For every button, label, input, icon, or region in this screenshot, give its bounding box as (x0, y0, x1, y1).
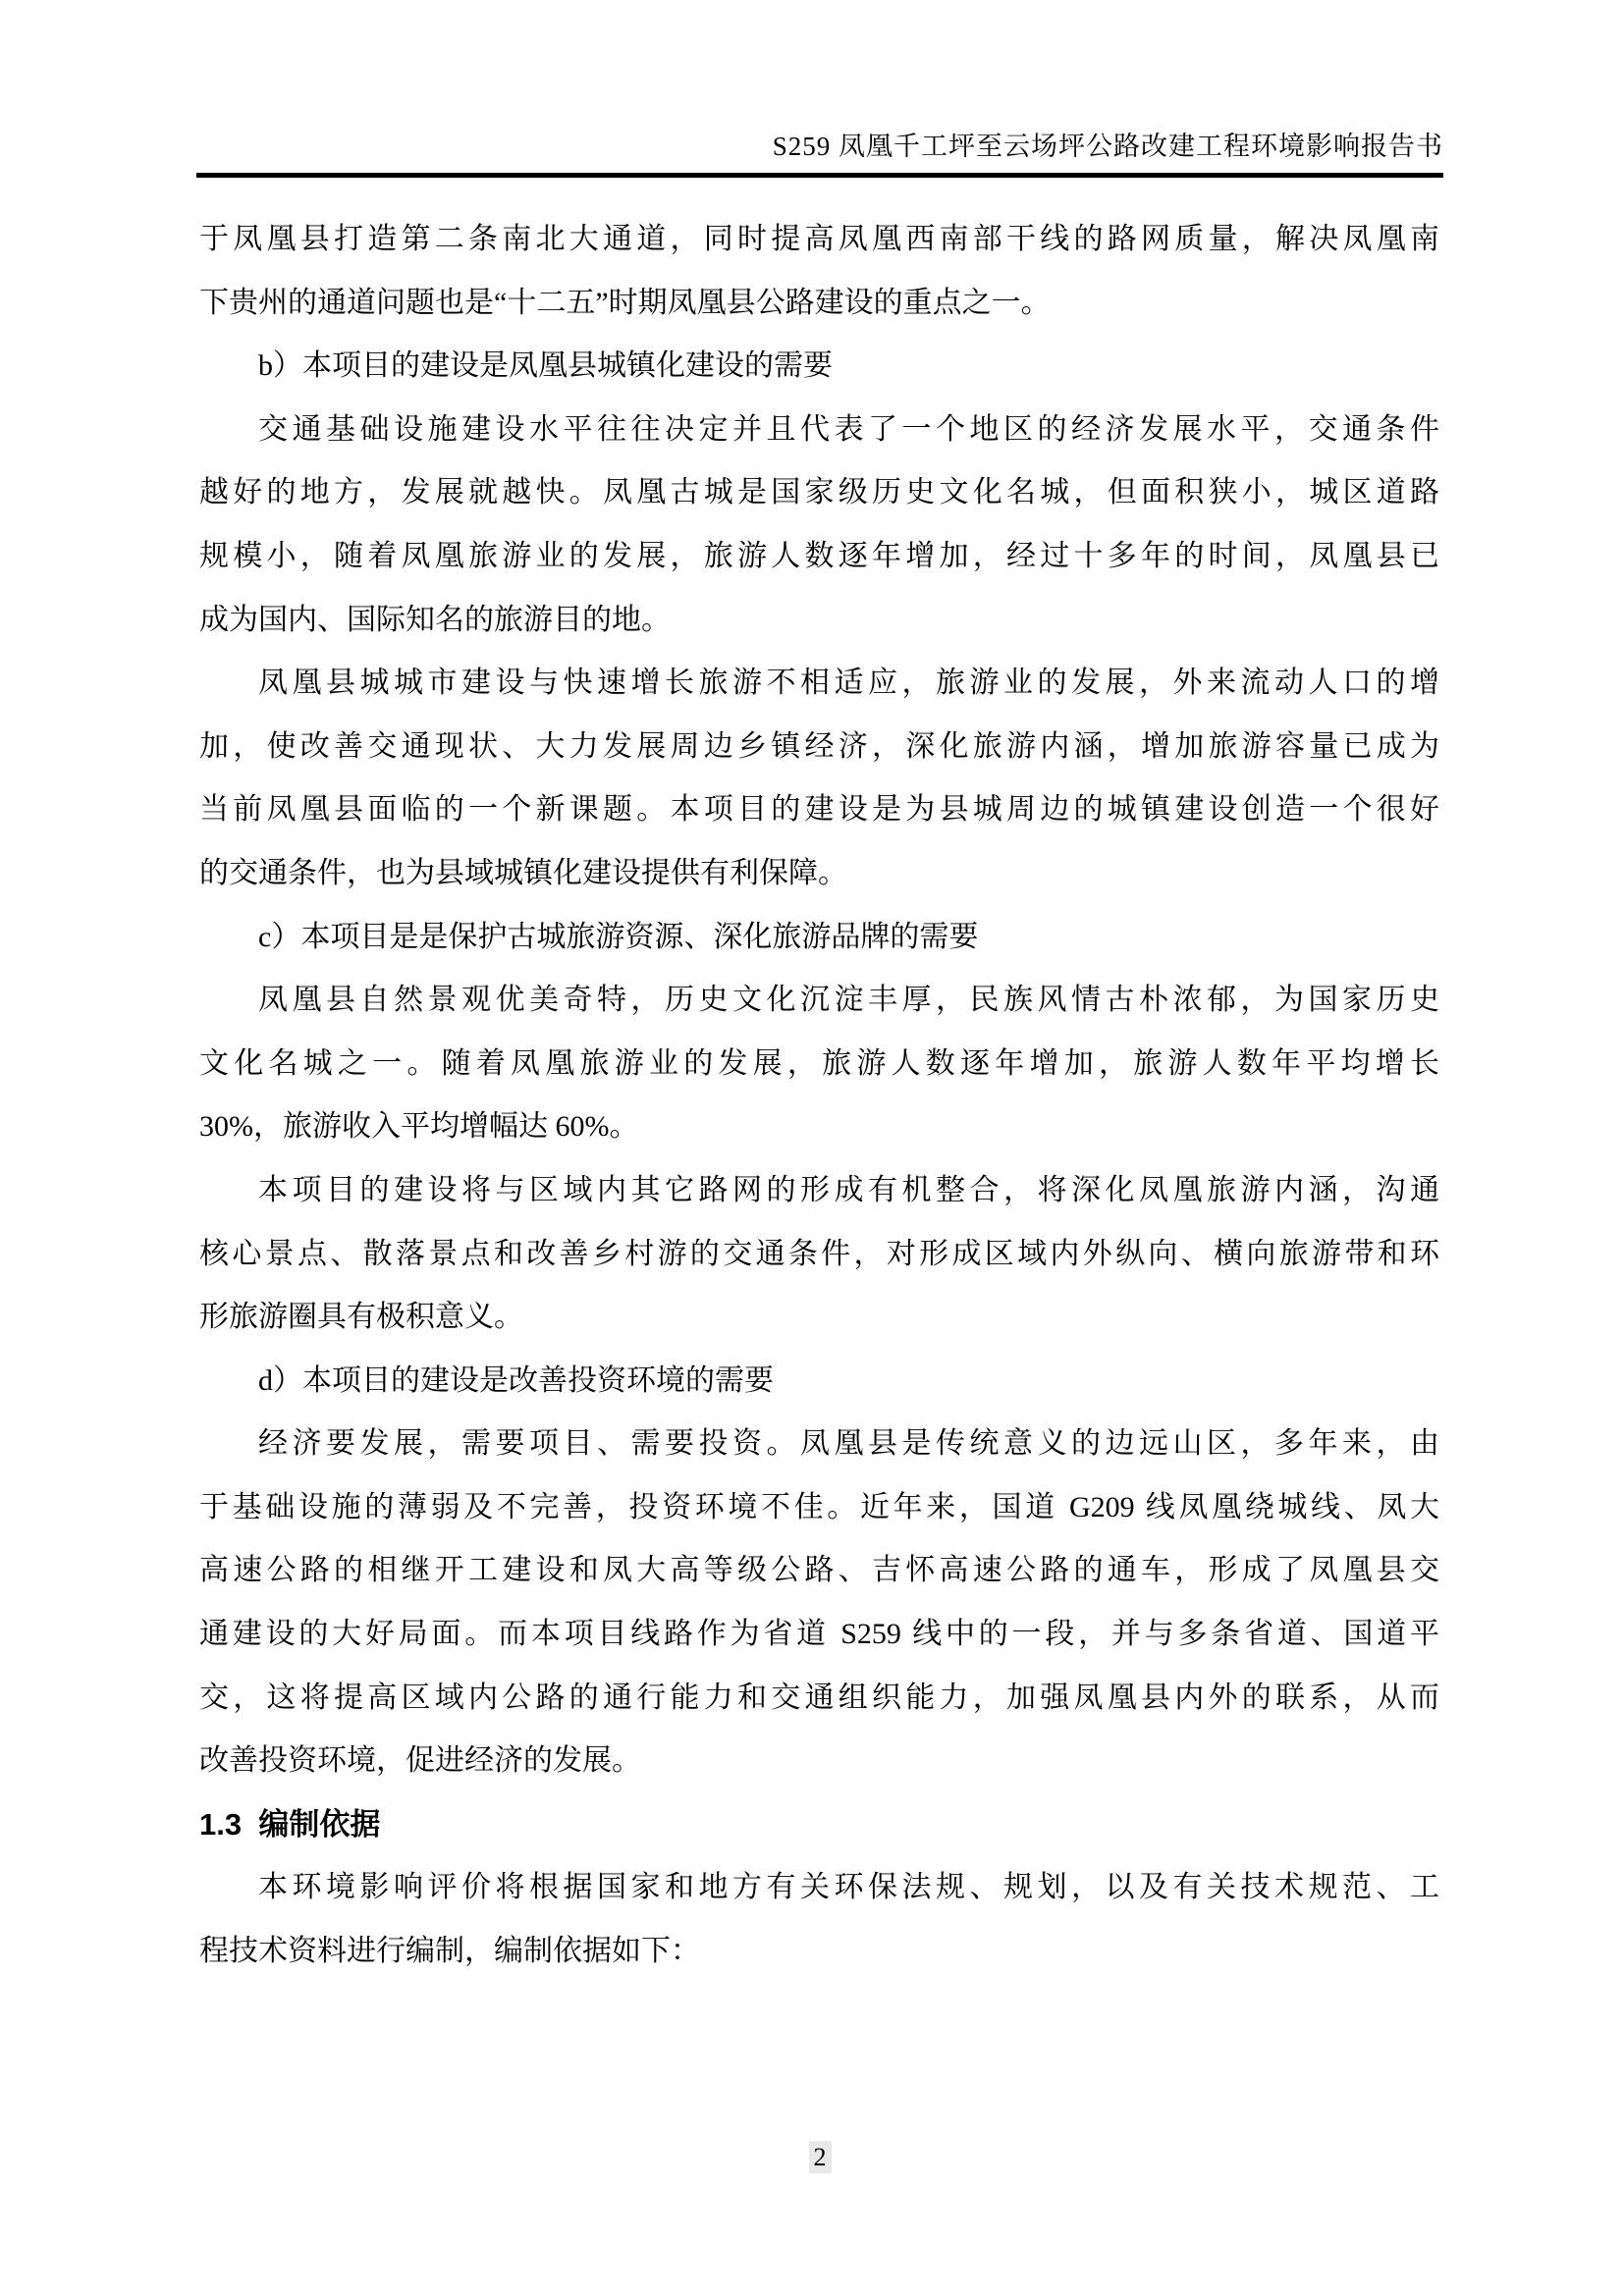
text-line: 当前凤凰县面临的一个新课题。本项目的建设是为县城周边的城镇建设创造一个很好 (199, 778, 1439, 842)
text-line: 下贵州的通道问题也是“十二五”时期凤凰县公路建设的重点之一。 (199, 272, 1439, 336)
text-line: 加，使改善交通现状、大力发展周边乡镇经济，深化旅游内涵，增加旅游容量已成为 (199, 716, 1439, 779)
document-body: 于凤凰县打造第二条南北大通道，同时提高凤凰西南部干线的路网质量，解决凤凰南下贵州… (199, 208, 1439, 1984)
document-page: S259 凤凰千工坪至云场坪公路改建工程环境影响报告书 于凤凰县打造第二条南北大… (0, 0, 1624, 2296)
text-line: 规模小，随着凤凰旅游业的发展，旅游人数逐年增加，经过十多年的时间，凤凰县已 (199, 525, 1439, 589)
text-line: b）本项目的建设是凤凰县城镇化建设的需要 (199, 335, 1439, 399)
section-heading: 1.3 编制依据 (199, 1793, 1439, 1857)
header-title: S259 凤凰千工坪至云场坪公路改建工程环境影响报告书 (773, 130, 1443, 163)
text-line: c）本项目是是保护古城旅游资源、深化旅游品牌的需要 (199, 906, 1439, 970)
text-line: 于凤凰县打造第二条南北大通道，同时提高凤凰西南部干线的路网质量，解决凤凰南 (199, 208, 1439, 272)
text-line: 越好的地方，发展就越快。凤凰古城是国家级历史文化名城，但面积狭小，城区道路 (199, 461, 1439, 525)
footer: 2 (196, 2140, 1443, 2175)
header-rule (196, 173, 1443, 178)
text-line: 通建设的大好局面。而本项目线路作为省道 S259 线中的一段，并与多条省道、国道… (199, 1603, 1439, 1667)
text-line: 核心景点、散落景点和改善乡村游的交通条件，对形成区域内外纵向、横向旅游带和环 (199, 1223, 1439, 1287)
text-line: 本环境影响评价将根据国家和地方有关环保法规、规划，以及有关技术规范、工 (199, 1856, 1439, 1920)
text-line: 凤凰县城城市建设与快速增长旅游不相适应，旅游业的发展，外来流动人口的增 (199, 652, 1439, 716)
text-line: 30%，旅游收入平均增幅达 60%。 (199, 1095, 1439, 1159)
text-line: d）本项目的建设是改善投资环境的需要 (199, 1350, 1439, 1414)
text-line: 程技术资料进行编制，编制依据如下： (199, 1920, 1439, 1984)
text-line: 交，这将提高区域内公路的通行能力和交通组织能力，加强凤凰县内外的联系，从而 (199, 1667, 1439, 1731)
text-line: 交通基础设施建设水平往往决定并且代表了一个地区的经济发展水平，交通条件 (199, 399, 1439, 462)
page-number: 2 (809, 2141, 832, 2173)
text-line: 本项目的建设将与区域内其它路网的形成有机整合，将深化凤凰旅游内涵，沟通 (199, 1159, 1439, 1223)
text-line: 经济要发展，需要项目、需要投资。凤凰县是传统意义的边远山区，多年来，由 (199, 1413, 1439, 1476)
text-line: 高速公路的相继开工建设和凤大高等级公路、吉怀高速公路的通车，形成了凤凰县交 (199, 1539, 1439, 1603)
text-line: 形旅游圈具有极积意义。 (199, 1286, 1439, 1350)
text-line: 改善投资环境，促进经济的发展。 (199, 1730, 1439, 1793)
text-line: 成为国内、国际知名的旅游目的地。 (199, 589, 1439, 653)
text-line: 凤凰县自然景观优美奇特，历史文化沉淀丰厚，民族风情古朴浓郁，为国家历史 (199, 969, 1439, 1033)
text-line: 于基础设施的薄弱及不完善，投资环境不佳。近年来，国道 G209 线凤凰绕城线、凤… (199, 1476, 1439, 1540)
text-line: 文化名城之一。随着凤凰旅游业的发展，旅游人数逐年增加，旅游人数年平均增长 (199, 1033, 1439, 1096)
text-line: 的交通条件，也为县域城镇化建设提供有利保障。 (199, 842, 1439, 906)
